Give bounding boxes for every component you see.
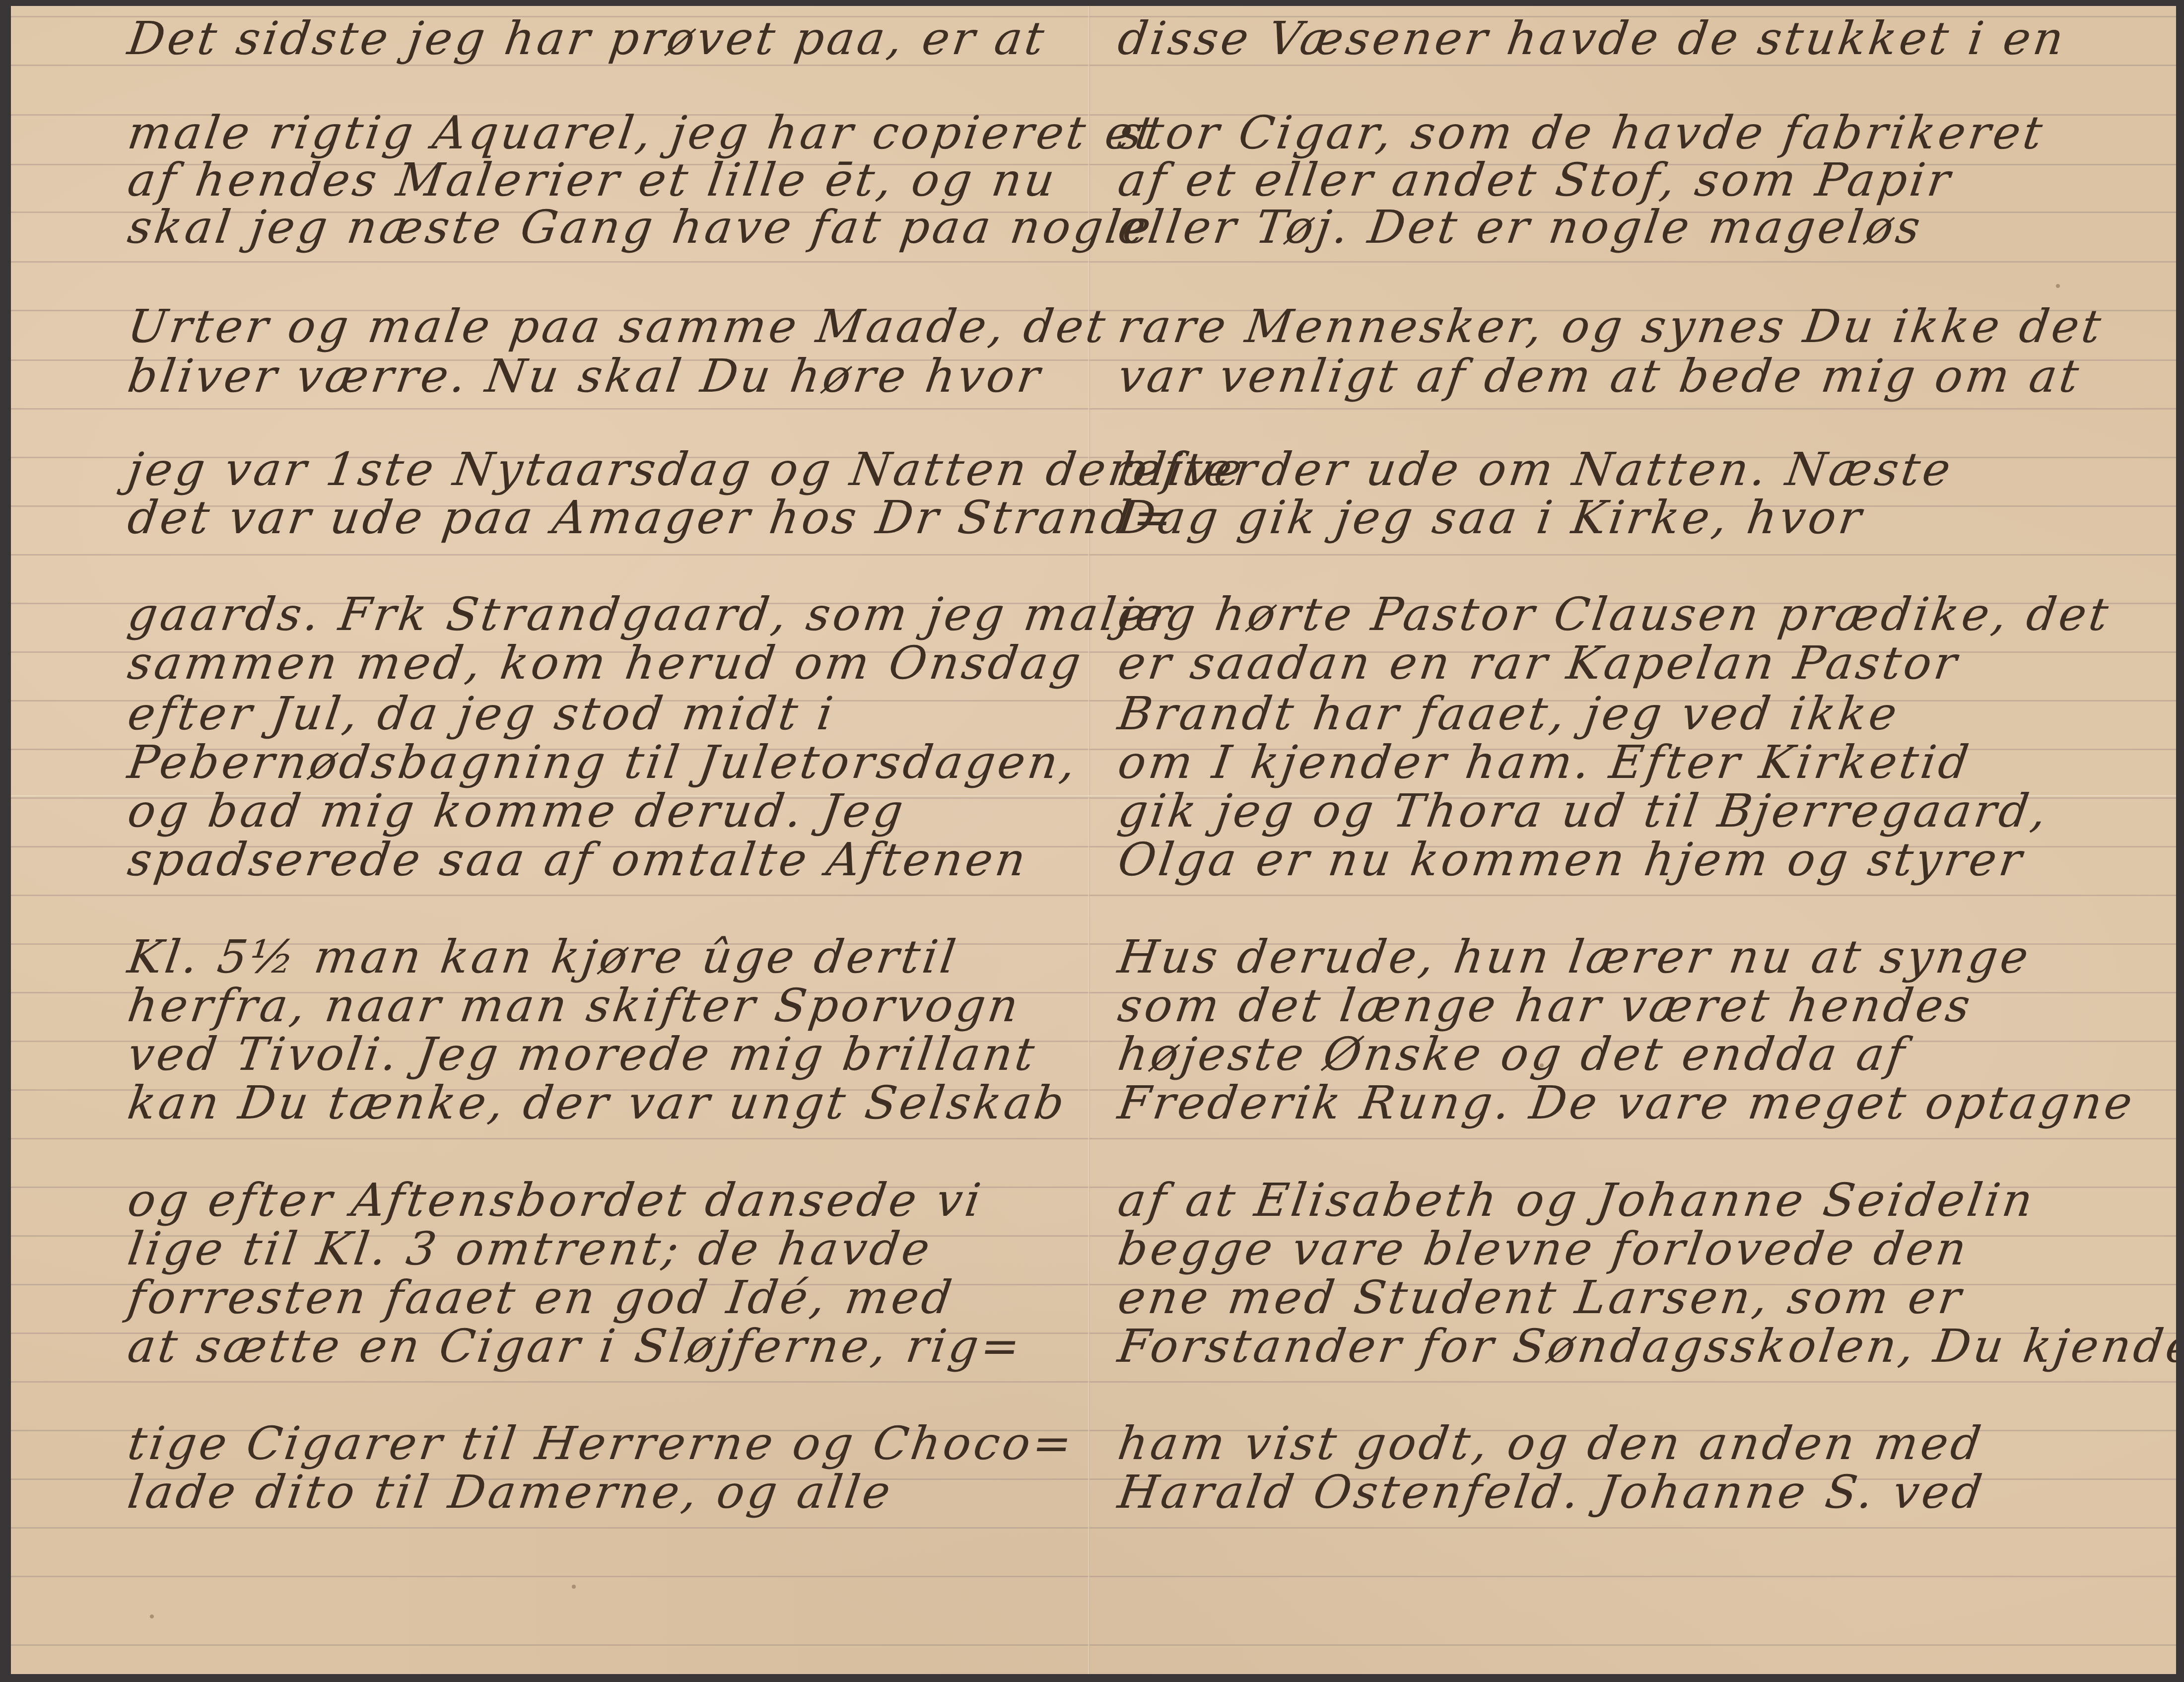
text-line: Brandt har faaet, jeg ved ikke (1115, 691, 1903, 737)
text-line: det var ude paa Amager hos Dr Strand= (125, 495, 1178, 541)
text-line: male rigtig Aquarel, jeg har copieret et (125, 110, 1160, 156)
text-line: af hendes Malerier et lille ēt, og nu (125, 157, 1060, 203)
text-line: Det sidste jeg har prøvet paa, er at (125, 16, 1050, 62)
text-line: ene med Student Larsen, som er (1115, 1275, 1967, 1321)
text-line: Hus derude, hun lærer nu at synge (1115, 934, 2034, 980)
text-line: Frederik Rung. De vare meget optagne (1115, 1080, 2138, 1126)
text-line: er saadan en rar Kapelan Pastor (1115, 640, 1963, 686)
text-line: Pebernødsbagning til Juletorsdagen, (125, 740, 1081, 785)
text-line: Harald Ostenfeld. Johanne S. ved (1115, 1470, 1987, 1515)
text-line: Olga er nu kommen hjem og styrer (1115, 837, 2028, 883)
scan-frame: Det sidste jeg har prøvet paa, er at mal… (0, 0, 2184, 1682)
text-line: jeg var 1ste Nytaarsdag og Natten dereft… (125, 447, 1263, 492)
text-line: som det længe har været hendes (1115, 983, 1976, 1029)
text-line: lade dito til Damerne, og alle (125, 1470, 896, 1515)
letter-page: Det sidste jeg har prøvet paa, er at mal… (11, 6, 2176, 1674)
text-line: spadserede saa af omtalte Aftenen (125, 837, 1031, 883)
text-line: stor Cigar, som de havde fabrikeret (1115, 110, 2048, 156)
text-line: Forstander for Søndagsskolen, Du kjender (1115, 1324, 2176, 1369)
text-line: højeste Ønske og det endda af (1115, 1032, 1910, 1077)
text-line: lige til Kl. 3 omtrent; de havde (125, 1226, 935, 1272)
text-line: var venligt af dem at bede mig om at (1115, 353, 2084, 399)
text-line: eller Tøj. Det er nogle mageløs (1115, 205, 1926, 250)
text-line: af at Elisabeth og Johanne Seidelin (1115, 1178, 2038, 1223)
text-line: ved Tivoli. Jeg morede mig brillant (125, 1032, 1040, 1077)
text-line: af et eller andet Stof, som Papir (1115, 157, 1956, 203)
text-line: Kl. 5½ man kan kjøre ûge dertil (125, 934, 961, 980)
text-line: blive der ude om Natten. Næste (1115, 447, 1956, 492)
text-line: forresten faaet en god Idé, med (125, 1275, 957, 1321)
text-line: tige Cigarer til Herrerne og Choco= (125, 1421, 1078, 1467)
text-line: bliver værre. Nu skal Du høre hvor (125, 353, 1045, 399)
text-line: kan Du tænke, der var ungt Selskab (125, 1080, 1070, 1126)
left-column: Det sidste jeg har prøvet paa, er at mal… (125, 6, 1093, 1674)
text-line: sammen med, kom herud om Onsdag (125, 640, 1087, 686)
text-line: begge vare blevne forlovede den (1115, 1226, 1972, 1272)
text-line: jeg hørte Pastor Clausen prædike, det (1115, 592, 2114, 637)
right-column: disse Væsener havde de stukket i en stor… (1105, 6, 2163, 1674)
text-line: ham vist godt, og den anden med (1115, 1421, 1986, 1467)
text-line: og efter Aftensbordet dansede vi (125, 1178, 986, 1223)
text-line: Urter og male paa samme Maade, det (125, 304, 1111, 350)
text-line: herfra, naar man skifter Sporvogn (125, 983, 1024, 1029)
text-line: skal jeg næste Gang have fat paa nogle (125, 205, 1157, 250)
text-line: gaards. Frk Strandgaard, som jeg maler (125, 592, 1176, 637)
text-line: rare Mennesker, og synes Du ikke det (1115, 304, 2107, 350)
text-line: Dag gik jeg saa i Kirke, hvor (1115, 495, 1867, 541)
text-line: om I kjender ham. Efter Kirketid (1115, 740, 1974, 785)
text-line: at sætte en Cigar i Sløjferne, rig= (125, 1324, 1025, 1369)
text-line: disse Væsener havde de stukket i en (1115, 16, 2069, 62)
text-line: gik jeg og Thora ud til Bjerregaard, (1115, 788, 2052, 834)
text-line: efter Jul, da jeg stod midt i (125, 691, 838, 737)
text-line: og bad mig komme derud. Jeg (125, 788, 909, 834)
